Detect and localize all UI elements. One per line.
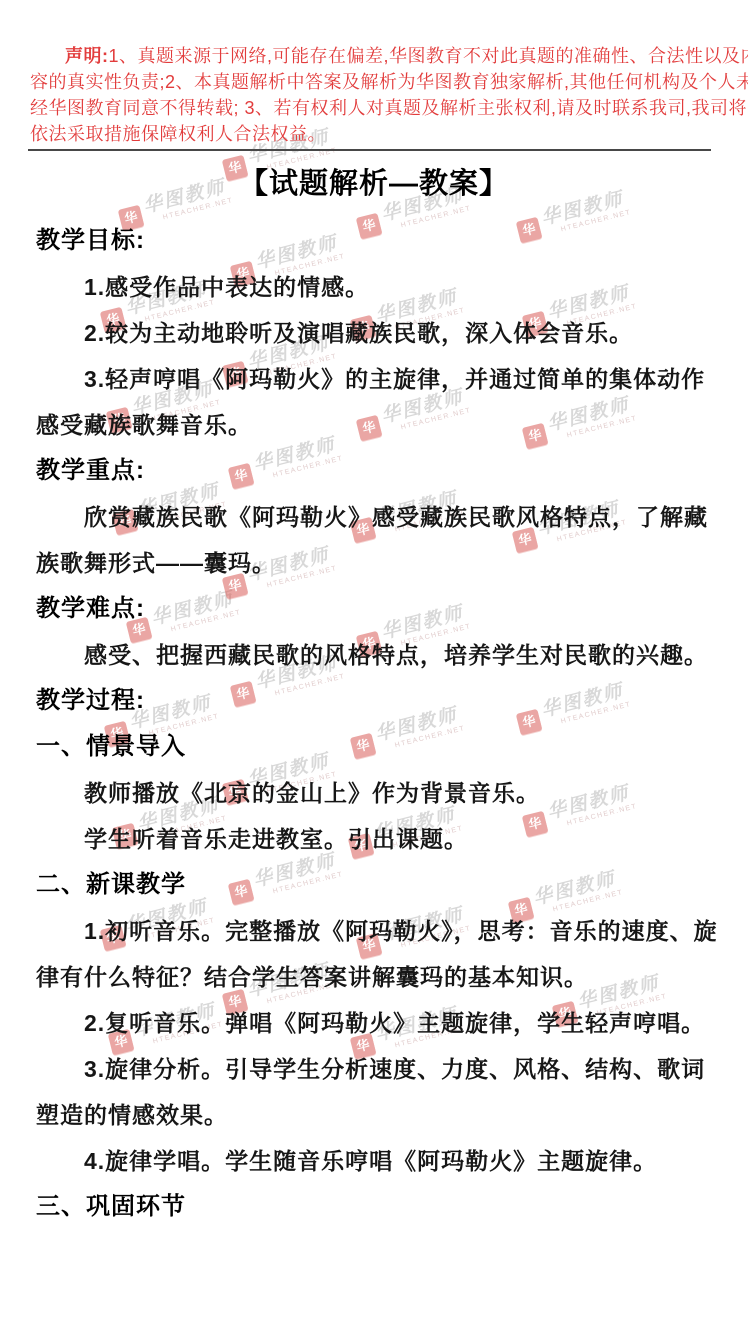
doc-line: 学生听着音乐走进教室。引出课题。	[36, 816, 712, 862]
doc-line: 欣赏藏族民歌《阿玛勒火》感受藏族民歌风格特点，了解藏	[36, 494, 712, 540]
doc-heading: 教学过程:	[36, 678, 712, 724]
document-body: 教学目标:1.感受作品中表达的情感。2.较为主动地聆听及演唱藏族民歌，深入体会音…	[36, 218, 712, 1230]
disclaimer-line: 容的真实性负责;2、本真题解析中答案及解析为华图教育独家解析,其他任何机构及个人…	[30, 69, 720, 95]
doc-heading: 教学目标:	[36, 218, 712, 264]
disclaimer-line: 经华图教育同意不得转载; 3、若有权利人对真题及解析主张权利,请及时联系我司,我…	[30, 95, 720, 121]
doc-heading: 二、新课教学	[36, 862, 712, 908]
doc-heading: 教学重点:	[36, 448, 712, 494]
doc-line: 4.旋律学唱。学生随音乐哼唱《阿玛勒火》主题旋律。	[36, 1138, 712, 1184]
divider-line	[28, 149, 711, 151]
doc-line: 感受藏族歌舞音乐。	[36, 402, 712, 448]
doc-line: 教师播放《北京的金山上》作为背景音乐。	[36, 770, 712, 816]
doc-line: 1.初听音乐。完整播放《阿玛勒火》，思考：音乐的速度、旋	[36, 908, 712, 954]
disclaimer-line: 声明:1、真题来源于网络,可能存在偏差,华图教育不对此真题的准确性、合法性以及内	[30, 43, 720, 69]
page-title: 【试题解析—教案】	[0, 161, 748, 202]
doc-line: 族歌舞形式——囊玛。	[36, 540, 712, 586]
doc-line: 律有什么特征？结合学生答案讲解囊玛的基本知识。	[36, 954, 712, 1000]
doc-heading: 三、巩固环节	[36, 1184, 712, 1230]
document-page: 华华图教师HTEACHER.NET华华图教师HTEACHER.NET华华图教师H…	[0, 0, 748, 1334]
doc-heading: 一、情景导入	[36, 724, 712, 770]
doc-line: 3.轻声哼唱《阿玛勒火》的主旋律，并通过简单的集体动作	[36, 356, 712, 402]
doc-line: 感受、把握西藏民歌的风格特点，培养学生对民歌的兴趣。	[36, 632, 712, 678]
disclaimer-text: 1、真题来源于网络,可能存在偏差,华图教育不对此真题的准确性、合法性以及内	[109, 46, 748, 66]
doc-line: 2.复听音乐。弹唱《阿玛勒火》主题旋律，学生轻声哼唱。	[36, 1000, 712, 1046]
disclaimer-line: 依法采取措施保障权利人合法权益。	[30, 121, 720, 147]
document-content: 声明:1、真题来源于网络,可能存在偏差,华图教育不对此真题的准确性、合法性以及内…	[0, 0, 748, 1334]
doc-line: 2.较为主动地聆听及演唱藏族民歌，深入体会音乐。	[36, 310, 712, 356]
doc-line: 1.感受作品中表达的情感。	[36, 264, 712, 310]
doc-heading: 教学难点:	[36, 586, 712, 632]
doc-line: 塑造的情感效果。	[36, 1092, 712, 1138]
doc-line: 3.旋律分析。引导学生分析速度、力度、风格、结构、歌词	[36, 1046, 712, 1092]
disclaimer: 声明:1、真题来源于网络,可能存在偏差,华图教育不对此真题的准确性、合法性以及内…	[30, 43, 720, 147]
disclaimer-label: 声明:	[65, 46, 109, 66]
